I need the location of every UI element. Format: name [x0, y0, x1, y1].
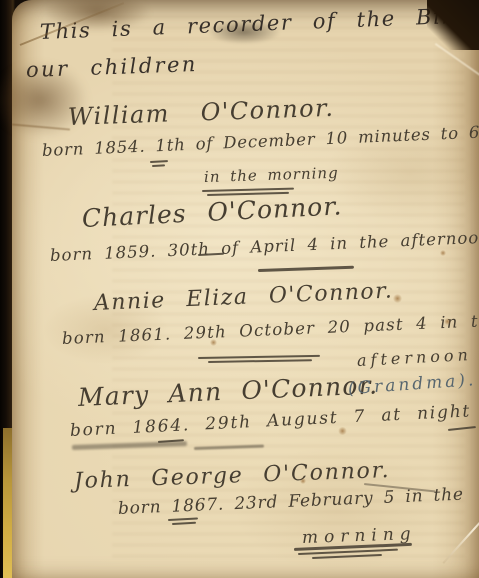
foxing-spot — [210, 339, 217, 346]
heading-line-1: This is a recorder of the Births of — [40, 1, 479, 44]
stain-top-left — [42, 0, 152, 32]
foxing-spot — [440, 250, 446, 256]
crease-line-top-right — [435, 43, 479, 79]
foxing-spot — [444, 318, 451, 325]
entry-detail2-john: morning — [302, 524, 417, 548]
corner-fold-crease — [20, 2, 125, 46]
entry-annotation-grandma: (Grandma). — [347, 370, 477, 399]
underline-stroke — [312, 554, 382, 559]
underline-stroke — [298, 549, 398, 555]
underline-stroke — [208, 359, 312, 362]
underline-stroke — [158, 439, 184, 443]
underline-stroke — [207, 192, 289, 196]
ink-dash-stroke — [448, 426, 476, 431]
ink-smudge-stroke — [194, 445, 264, 450]
stain-left-margin — [0, 60, 90, 140]
crease-line-left — [12, 123, 70, 130]
entry-detail2-annie: afternoon — [357, 345, 473, 370]
foxing-spot — [393, 294, 402, 303]
crease-line-bottom-right — [442, 494, 479, 564]
entry-detail-annie: born 1861. 29th October 20 past 4 in the — [62, 311, 479, 348]
underline-stroke — [198, 355, 320, 359]
paper-mottling — [12, 0, 479, 578]
underline-stroke — [172, 522, 196, 525]
entry-detail-william: born 1854. 1th of December 10 minutes to… — [42, 122, 479, 160]
foxing-spot — [300, 478, 306, 484]
entry-name-john: John George O'Connor. — [74, 458, 391, 494]
entry-name-mary: Mary Ann O'Connor. — [77, 370, 378, 412]
foxing-spot — [338, 427, 347, 435]
reverse-print-bleedthrough — [112, 8, 465, 558]
entry-detail2-william: in the morning — [204, 164, 339, 186]
entry-detail-mary: born 1864. 29th August 7 at night — [70, 401, 472, 441]
entry-name-william: William O'Connor. — [68, 94, 335, 131]
entry-detail-charles: born 1859. 30th of April 4 in the aftern… — [50, 228, 479, 265]
entry-name-annie: Annie Eliza O'Connor. — [93, 278, 393, 316]
entry-name-charles: Charles O'Connor. — [81, 191, 343, 233]
ink-flourish-stroke — [364, 483, 436, 492]
underline-stroke — [258, 266, 354, 272]
ink-blot — [208, 20, 280, 44]
underline-stroke — [150, 160, 168, 163]
heading-line-2: our children — [26, 52, 199, 82]
ink-smudge-stroke — [72, 441, 187, 450]
photo-of-journal-page: This is a recorder of the Births of our … — [0, 0, 479, 578]
underline-stroke — [152, 164, 165, 166]
underline-stroke — [168, 517, 198, 521]
underline-stroke — [198, 253, 224, 256]
journal-page: This is a recorder of the Births of our … — [12, 0, 479, 578]
underlying-page-edge — [3, 428, 12, 578]
underline-stroke — [202, 188, 294, 192]
underline-stroke — [294, 543, 412, 551]
entry-detail-john: born 1867. 23rd February 5 in the — [118, 485, 465, 519]
